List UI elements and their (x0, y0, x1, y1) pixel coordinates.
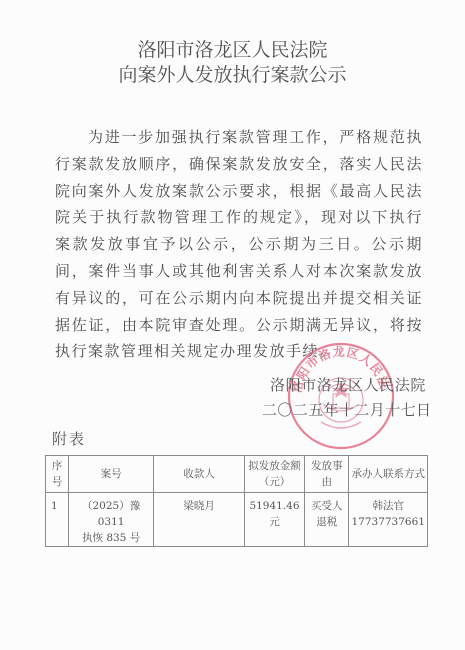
case-number-line1: （2025）豫 0311 (71, 498, 151, 530)
case-number-line2: 执恢 835 号 (71, 530, 151, 546)
cell-contact: 韩法官 17737737661 (349, 493, 428, 547)
appendix-table: 序号 案号 收款人 拟发放金额（元） 发放事由 承办人联系方式 1 （2025）… (45, 455, 428, 547)
contact-phone: 17737737661 (351, 514, 425, 530)
notice-page: 洛阳市洛龙区人民法院 向案外人发放执行案款公示 为进一步加强执行案款管理工作，严… (0, 0, 465, 650)
header-payee: 收款人 (154, 456, 245, 493)
amount-unit: 元 (247, 514, 302, 530)
court-seal-stamp-icon: 洛阳市洛龙区人民法院 (287, 342, 395, 450)
header-index: 序号 (46, 456, 69, 493)
contact-name: 韩法官 (351, 498, 425, 514)
amount-value: 51941.46 (247, 498, 302, 514)
header-reason: 发放事由 (304, 456, 349, 493)
cell-amount: 51941.46 元 (245, 493, 305, 547)
title-court-name: 洛阳市洛龙区人民法院 (0, 35, 465, 62)
appendix-label: 附表 (52, 428, 86, 449)
signature-date: 二〇二五年十二月十七日 (262, 399, 431, 420)
title-notice-subject: 向案外人发放执行案款公示 (0, 60, 465, 87)
cell-reason: 买受人退税 (304, 493, 349, 547)
header-case-number: 案号 (68, 456, 153, 493)
header-contact: 承办人联系方式 (349, 456, 428, 493)
header-amount: 拟发放金额（元） (245, 456, 305, 493)
cell-case-number: （2025）豫 0311 执恢 835 号 (68, 493, 153, 547)
cell-payee: 梁晓月 (154, 493, 245, 547)
signature-court-name: 洛阳市洛龙区人民法院 (270, 374, 426, 395)
notice-body-paragraph: 为进一步加强执行案款管理工作，严格规范执行案款发放顺序，确保案款发放安全，落实人… (55, 124, 423, 365)
table-row: 1 （2025）豫 0311 执恢 835 号 梁晓月 51941.46 元 买… (46, 493, 428, 547)
cell-index: 1 (46, 493, 69, 547)
table-header-row: 序号 案号 收款人 拟发放金额（元） 发放事由 承办人联系方式 (46, 456, 428, 493)
